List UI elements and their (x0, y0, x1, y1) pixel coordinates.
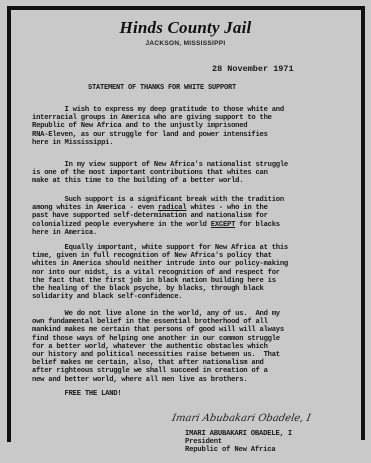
frame-border-top (7, 6, 365, 10)
paragraph-tradition: Such support is a significant break with… (32, 196, 352, 237)
closing-slogan: FREE THE LAND! (32, 390, 352, 398)
signer-org: Republic of New Africa (185, 446, 276, 454)
frame-border-left (7, 6, 11, 442)
paragraph-brotherhood: We do not live alone in the world, any o… (32, 310, 352, 384)
signer-name: IMARI ABUBAKARI OBADELE, I (185, 430, 292, 438)
letterhead-title: Hinds County Jail (0, 18, 371, 38)
handwritten-signature: Imari Abubakari Obadele, I (171, 413, 311, 424)
paragraph-view: In my view support of New Africa's natio… (32, 161, 352, 186)
letter-date: 28 November 1971 (212, 64, 294, 74)
paragraph-gratitude: I wish to express my deep gratitude to t… (32, 106, 352, 147)
signer-title: President (185, 438, 222, 446)
paragraph-equally-important: Equally important, white support for New… (32, 244, 352, 301)
statement-heading: STATEMENT OF THANKS FOR WHITE SUPPORT (88, 84, 236, 92)
frame-border-right (361, 6, 365, 440)
letterhead-subtitle: JACKSON, MISSISSIPPI (0, 40, 371, 47)
signature-block: IMARI ABUBAKARI OBADELE, I President Rep… (185, 430, 292, 455)
